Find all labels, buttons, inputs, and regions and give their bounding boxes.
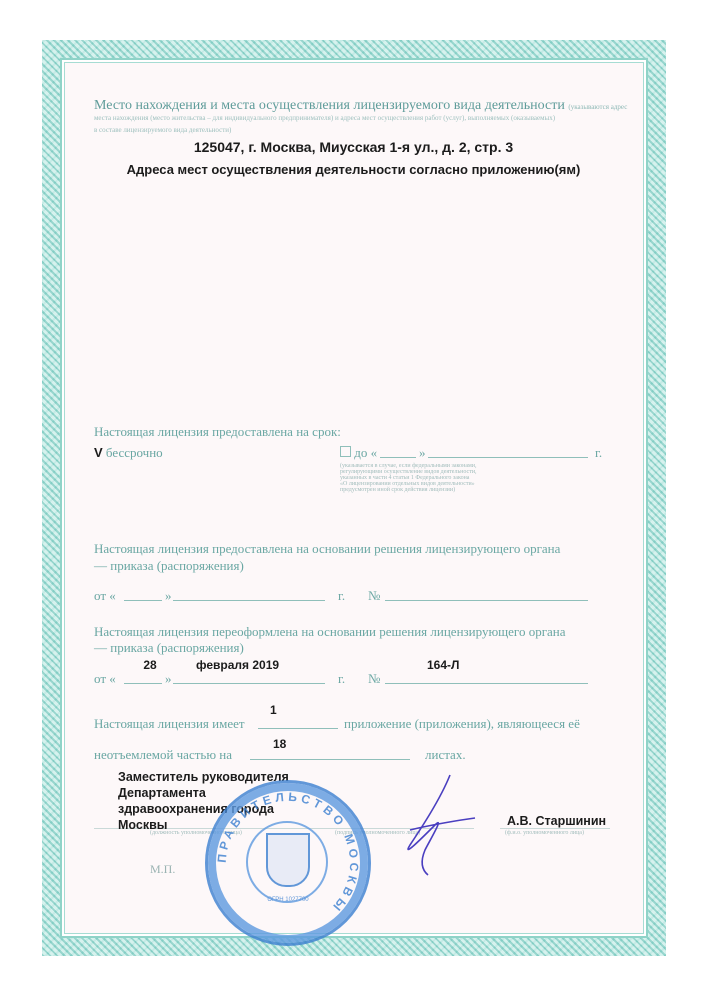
until-year-suffix: г. [595,445,602,461]
granted-year: г. [338,588,345,604]
appendix-count: 1 [270,703,277,717]
place-heading: Место нахождения и места осуществления л… [94,98,627,114]
reissued-day: 28 [135,658,165,672]
reissued-from: от « [94,671,116,687]
checked-mark-icon: V [94,445,103,460]
reissued-line1: Настоящая лицензия переоформлена на осно… [94,624,566,640]
reissued-number-sign: № [368,671,380,687]
until-prefix: до « [354,445,377,460]
signatory-name: А.В. Старшинин [507,814,606,828]
reissued-number: 164-Л [427,658,459,672]
granted-number-field[interactable] [385,600,588,601]
name-line [500,828,610,829]
reissued-month-year: февраля 2019 [196,658,279,672]
address-note: Адреса мест осуществления деятельности с… [0,162,707,177]
granted-month-field[interactable] [173,600,325,601]
reissued-day-field[interactable] [124,683,162,684]
address: 125047, г. Москва, Миусская 1-я ул., д. … [0,139,707,155]
appendix-count-field[interactable] [258,728,338,729]
appendix-line1-pre: Настоящая лицензия имеет [94,716,245,732]
term-label: Настоящая лицензия предоставлена на срок… [94,424,341,440]
handwritten-signature [380,770,480,880]
appendix-sheets-field[interactable] [250,759,410,760]
reissued-line2: — приказа (распоряжения) [94,640,244,656]
svg-text:ОГРН 1027700: ОГРН 1027700 [267,897,309,903]
until-mid: » [419,445,426,461]
reissued-month-field[interactable] [173,683,325,684]
reissued-number-field[interactable] [385,683,588,684]
stamp-text-ring: ПРАВИТЕЛЬСТВО МОСКВЫ ОГРН 1027700 [208,783,368,943]
until-month-field[interactable] [428,457,588,458]
appendix-sheets: 18 [273,737,286,751]
until-note-line: предусмотрен иной срок действия лицензии… [340,487,477,493]
place-note-line3: в составе лицензируемого вида деятельнос… [94,126,231,134]
term-indefinite-label: бессрочно [106,445,163,460]
appendix-line1-post: приложение (приложения), являющееся её [344,716,580,732]
reissued-year: г. [338,671,345,687]
official-stamp: ПРАВИТЕЛЬСТВО МОСКВЫ ОГРН 1027700 [205,780,371,946]
until-day-field[interactable] [380,457,416,458]
appendix-line2-post: листах. [425,747,466,763]
granted-from: от « [94,588,116,604]
place-note-line2: места нахождения (место жительства – для… [94,114,555,122]
appendix-line2-pre: неотъемлемой частью на [94,747,232,763]
until-note: (указывается в случае, если федеральными… [340,463,477,493]
term-until-option[interactable]: до « [340,445,377,461]
granted-number-sign: № [368,588,380,604]
name-caption: (ф.и.о. уполномоченного лица) [505,830,584,836]
granted-mid: » [165,588,172,604]
seal-label: М.П. [150,862,175,877]
granted-line2: — приказа (распоряжения) [94,558,244,574]
place-heading-note: (указываются адрес [568,103,627,111]
checkbox-icon[interactable] [340,446,351,457]
granted-day-field[interactable] [124,600,162,601]
granted-line1: Настоящая лицензия предоставлена на осно… [94,541,560,557]
reissued-mid: » [165,671,172,687]
place-heading-title: Место нахождения и места осуществления л… [94,98,565,113]
term-indefinite-option[interactable]: V бессрочно [94,445,163,461]
